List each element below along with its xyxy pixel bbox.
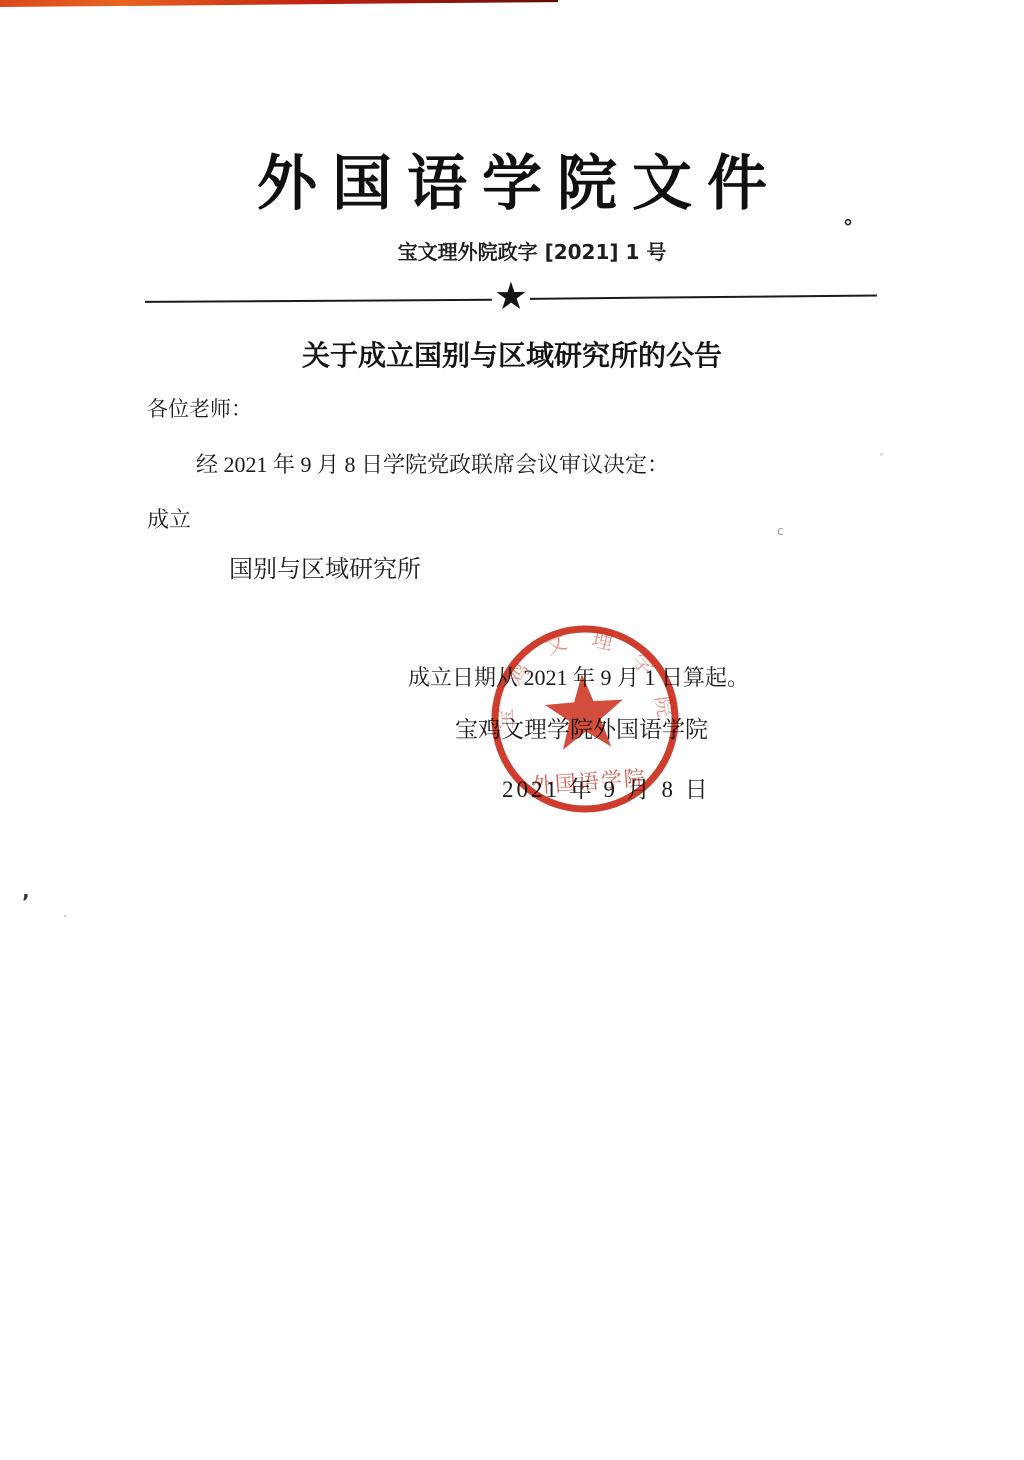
red-header-strip (0, 0, 558, 7)
header-separator: ★ (145, 277, 877, 320)
stray-c-speck: c (777, 524, 784, 538)
separator-line-left (145, 299, 492, 303)
official-seal: 宝鸡文理学院 外国语学院 (472, 606, 698, 832)
body-line-institute-name: 国别与区域研究所 (229, 549, 421, 584)
document-number: 宝文理外院政字 [2021] 1 号 (20, 236, 1024, 265)
body-line-decision: 经 2021 年 9 月 8 日学院党政联席会议审议决定： (196, 448, 669, 479)
announcement-title: 关于成立国别与区域研究所的公告 (0, 334, 1024, 374)
stray-ring-mark: ° (843, 215, 853, 239)
seal-star-icon (543, 671, 626, 750)
stray-dot (880, 453, 883, 456)
salutation: 各位老师： (147, 393, 252, 423)
body-line-establish: 成立 (147, 503, 191, 534)
stray-dot (64, 915, 66, 917)
document-header-title: 外国语学院文件 (0, 136, 1024, 222)
scanned-document-page: 外国语学院文件 宝文理外院政字 [2021] 1 号 ★ 关于成立国别与区域研究… (0, 0, 1024, 1460)
separator-line-right (530, 294, 877, 299)
star-icon: ★ (494, 277, 528, 315)
stray-apostrophe-mark: ’ (22, 890, 30, 914)
